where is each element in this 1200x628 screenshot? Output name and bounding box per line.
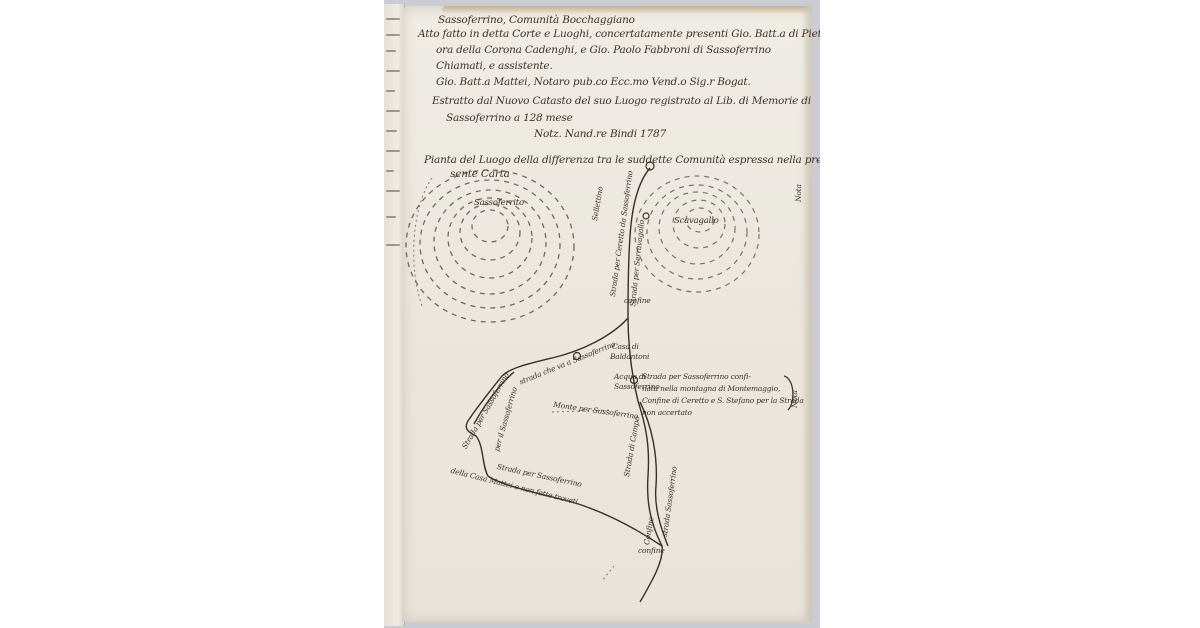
hill-serravagallo — [635, 176, 759, 292]
dotted-paths — [414, 178, 614, 581]
hand-drawn-map — [402, 6, 812, 622]
margin-note-top: Nota — [794, 184, 803, 202]
hill-label-sassoferrino: Sassoferrito — [474, 198, 524, 208]
label-confine-bottom: confine — [638, 546, 665, 555]
margin-note-nota: Nota — [790, 390, 799, 408]
note-line-1: Strada per Sassoferrino confi- — [642, 372, 751, 381]
label-confine-top: confine — [624, 296, 651, 305]
hill-sassoferrino — [406, 170, 574, 322]
label-acqua-di: Acqua di — [614, 372, 646, 381]
manuscript-photo: Sassoferrino, Comunità Bocchaggiano Atto… — [384, 0, 820, 628]
note-line-4: non accertato — [642, 408, 692, 417]
note-line-3: Confine di Ceretto e S. Stefano per la S… — [642, 396, 804, 405]
label-casa-di: Casa di — [612, 342, 639, 351]
note-line-2: nata nella montagna di Montemaggio, — [642, 384, 780, 393]
hill-label-serravagallo: Scavagallo — [674, 216, 719, 226]
label-baldantoni: Baldantoni — [610, 352, 649, 361]
manuscript-page: Sassoferrino, Comunità Bocchaggiano Atto… — [402, 6, 812, 622]
